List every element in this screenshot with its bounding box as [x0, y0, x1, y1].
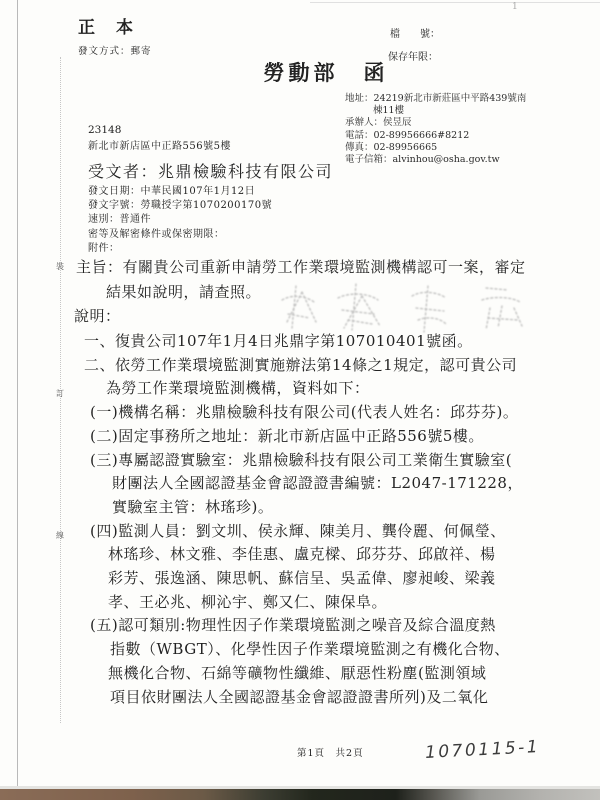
body-line: 無機化合物、石綿等礦物性纖維、厭惡性粉塵(監測領域 — [108, 662, 523, 686]
body-line: 一、復貴公司107年1月4日兆鼎字第107010401號函。 — [84, 330, 523, 354]
copy-type-label: 正 本 — [78, 13, 135, 38]
scan-bottom-edge-strip — [0, 789, 600, 800]
body-line: 林瑤珍、林文雅、李佳惠、盧克樑、邱芬芬、邱啟祥、楊 — [108, 543, 523, 567]
agency-phone: 電話：02-89956666#8212 — [345, 130, 526, 142]
speed-line: 速別：普通件 — [88, 213, 272, 227]
document-title: 勞動部 函 — [52, 57, 600, 87]
body-line: 項目依財團法人全國認證基金會認證證書所列)及二氧化 — [110, 686, 523, 710]
body-line: 實驗室主管：林瑤珍)。 — [112, 496, 523, 520]
body-line: (二)固定事務所之地址：新北市新店區中正路556號5樓。 — [90, 425, 523, 449]
body-line: 為勞工作業環境監測機構，資料如下： — [106, 377, 523, 401]
addressee-line: 受文者：兆鼎檢驗科技有限公司 — [88, 159, 333, 182]
agency-email: 電子信箱：alvinhou@osha.gov.tw — [345, 154, 526, 166]
scan-top-edge — [310, 2, 600, 3]
agency-fax: 傳真：02-89956665 — [345, 142, 526, 154]
body-line: 彩芳、張逸涵、陳思帆、蘇信呈、吳孟偉、廖昶峻、梁義 — [108, 567, 523, 591]
body-line: (五)認可類別:物理性因子作業環境監測之噪音及綜合溫度熱 — [90, 614, 523, 638]
agency-address-line2: 棟11樓 — [345, 105, 526, 117]
file-number-label: 檔 號： — [390, 25, 440, 40]
document-meta-block: 發文日期：中華民國107年1月12日 發文字號：勞職授字第1070200170號… — [88, 185, 272, 256]
body-line: 二、依勞工作業環境監測實施辦法第14條之1規定，認可貴公司 — [84, 354, 523, 378]
letter-body: 一、復貴公司107年1月4日兆鼎字第107010401號函。 二、依勞工作業環境… — [0, 330, 523, 709]
agency-address-line1: 地址：24219新北市新莊區中平路439號南 — [345, 93, 526, 105]
attachment-line: 附件： — [88, 242, 272, 256]
body-line: (一)機構名稱：兆鼎檢驗科技有限公司(代表人姓名：邱芬芬)。 — [90, 401, 523, 425]
scanned-official-letter: 裝 訂 線 正 本 發文方式：郵寄 檔 號： 保存年限： 勞動部 函 1 地址：… — [0, 0, 600, 800]
issue-date-line: 發文日期：中華民國107年1月12日 — [88, 185, 272, 199]
agency-contact-block: 地址：24219新北市新莊區中平路439號南 棟11樓 承辦人：侯昱辰 電話：0… — [345, 93, 526, 166]
pen-corner-mark: 1 — [512, 2, 518, 12]
delivery-method-label: 發文方式：郵寄 — [78, 43, 152, 57]
body-line: (四)監測人員：劉文圳、侯永輝、陳美月、龔伶麗、何佩瑩、 — [90, 520, 523, 544]
recipient-postal-code: 23148 — [88, 124, 121, 136]
recipient-address: 新北市新店區中正路556號5樓 — [88, 137, 231, 152]
handwritten-note: 1070115-1 — [425, 737, 541, 763]
body-line: (三)專屬認證實驗室：兆鼎檢驗科技有限公司工業衛生實驗室( — [90, 449, 523, 473]
body-line: 財團法人全國認證基金會認證證書編號：L2047-171228， — [112, 472, 523, 496]
body-line: 指數（WBGT）、化學性因子作業環境監測之有機化合物、 — [110, 638, 523, 662]
page-number-info: 第1頁 共2頁 — [297, 745, 364, 759]
body-line: 孝、王必兆、柳沁宇、鄭又仁、陳保阜。 — [108, 591, 523, 615]
subject-line-1: 主旨：有關貴公司重新申請勞工作業環境監測機構認可一案，審定 — [76, 255, 526, 280]
agency-contact-person: 承辦人：侯昱辰 — [345, 117, 526, 129]
doc-number-line: 發文字號：勞職授字第1070200170號 — [88, 199, 272, 213]
security-line: 密等及解密條件或保密期限： — [88, 228, 272, 242]
